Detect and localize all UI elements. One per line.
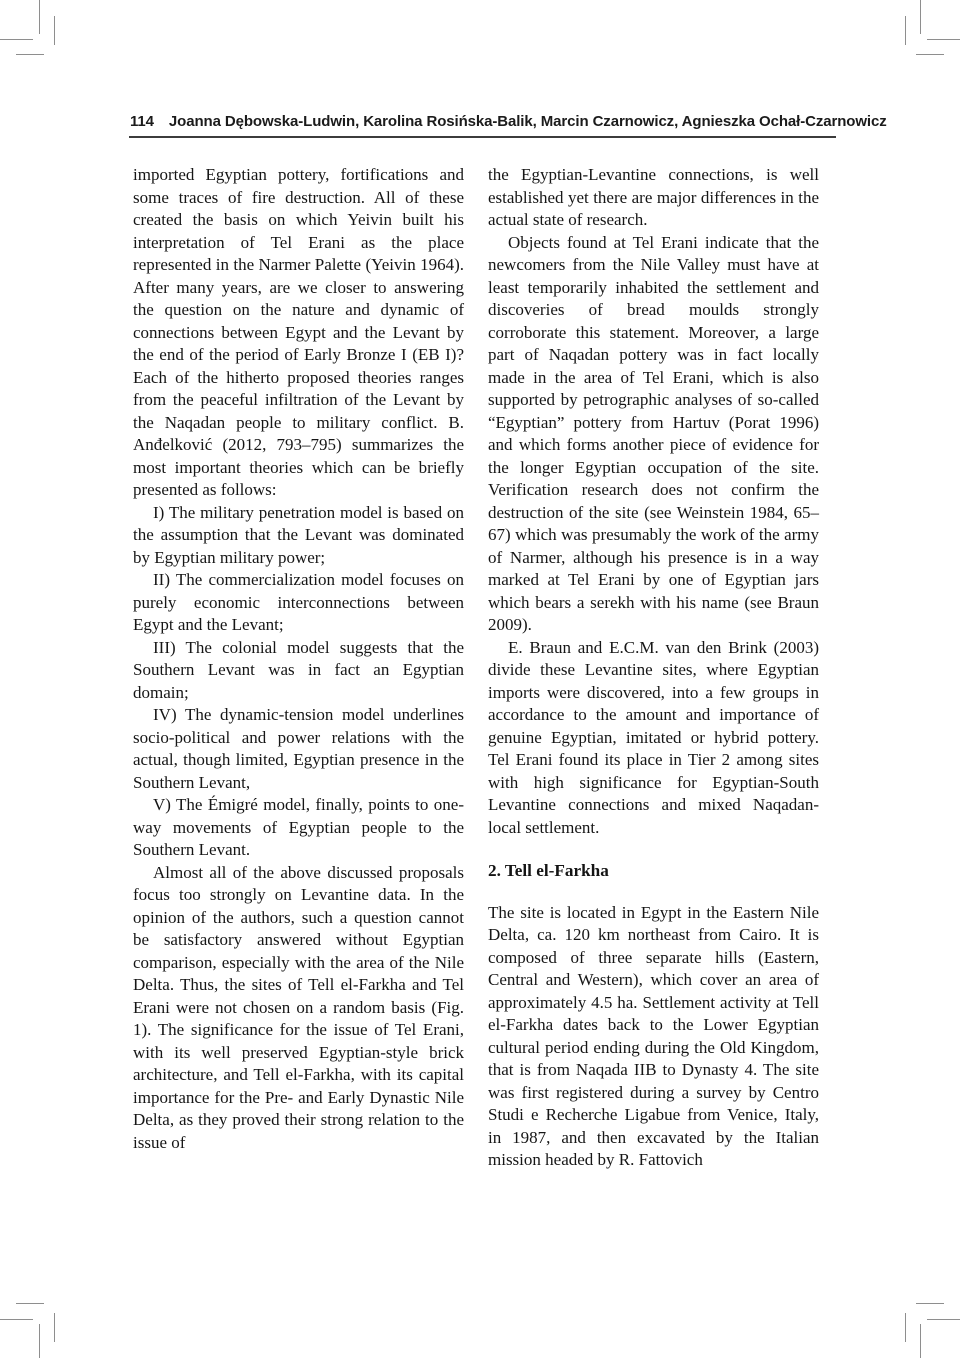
paragraph: The site is located in Egypt in the East… xyxy=(488,902,819,1172)
crop-mark xyxy=(916,54,944,55)
left-column: imported Egyptian pottery, fortification… xyxy=(133,164,464,1172)
crop-mark xyxy=(916,1303,944,1304)
crop-mark xyxy=(905,1313,906,1342)
crop-mark xyxy=(920,0,921,34)
crop-mark xyxy=(39,1324,40,1358)
page-number: 114 xyxy=(130,113,154,130)
paragraph: V) The Émigré model, finally, points to … xyxy=(133,794,464,862)
crop-mark xyxy=(16,54,44,55)
right-column: the Egyptian-Levantine connections, is w… xyxy=(488,164,819,1172)
crop-mark xyxy=(16,1303,44,1304)
header-rule xyxy=(129,136,836,138)
paper-page: 114Joanna Dębowska-Ludwin, Karolina Rosi… xyxy=(0,0,960,1358)
crop-mark xyxy=(927,39,960,40)
paragraph: the Egyptian-Levantine connections, is w… xyxy=(488,164,819,232)
crop-mark xyxy=(0,39,33,40)
paragraph: imported Egyptian pottery, fortification… xyxy=(133,164,464,502)
crop-mark xyxy=(927,1319,960,1320)
crop-mark xyxy=(920,1324,921,1358)
article-body: imported Egyptian pottery, fortification… xyxy=(133,164,820,1172)
crop-mark xyxy=(39,0,40,34)
paragraph: III) The colonial model suggests that th… xyxy=(133,637,464,705)
paragraph: I) The military penetration model is bas… xyxy=(133,502,464,570)
running-header: 114Joanna Dębowska-Ludwin, Karolina Rosi… xyxy=(130,113,836,130)
crop-mark xyxy=(905,16,906,45)
paragraph: E. Braun and E.C.M. van den Brink (2003)… xyxy=(488,637,819,840)
paragraph: Almost all of the above discussed propos… xyxy=(133,862,464,1155)
crop-mark xyxy=(54,16,55,45)
paragraph: Objects found at Tel Erani indicate that… xyxy=(488,232,819,637)
crop-mark xyxy=(0,1319,33,1320)
paragraph: II) The commercialization model focuses … xyxy=(133,569,464,637)
running-head-authors: Joanna Dębowska-Ludwin, Karolina Rosińsk… xyxy=(169,113,887,130)
paragraph: IV) The dynamic-tension model underlines… xyxy=(133,704,464,794)
section-heading: 2. Tell el-Farkha xyxy=(488,860,819,883)
crop-mark xyxy=(54,1313,55,1342)
